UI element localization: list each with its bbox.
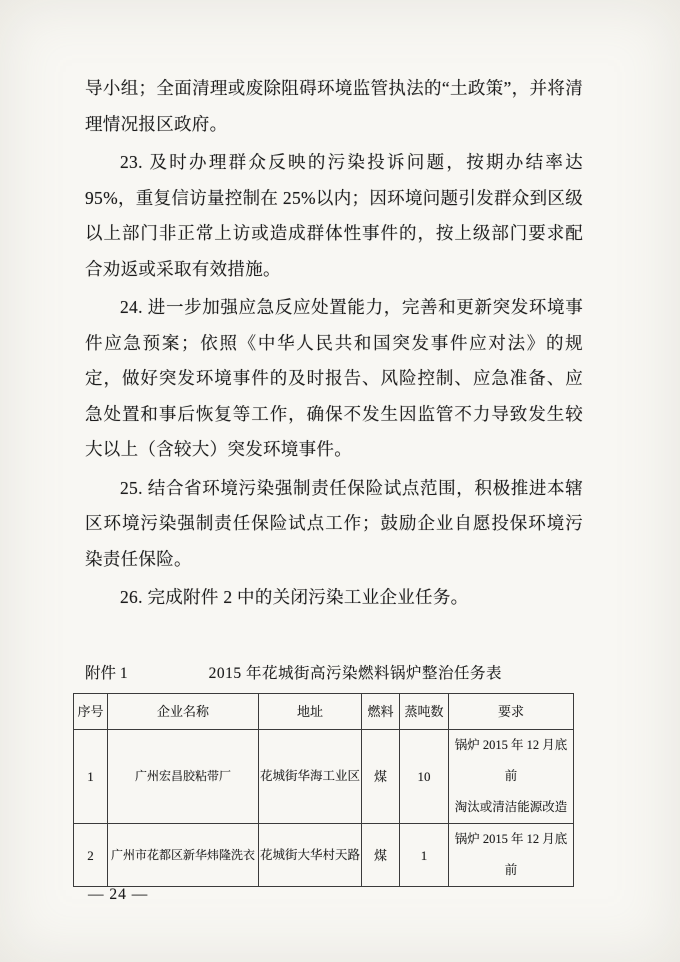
table-row-0: 1广州宏昌胶粘带厂花城街华海工业区煤10锅炉 2015 年 12 月底前 淘汰或… bbox=[74, 730, 574, 824]
table-header-row: 序号企业名称地址燃料蒸吨数要求 bbox=[74, 694, 574, 730]
table-cell-0-2: 花城街华海工业区 bbox=[259, 730, 362, 824]
header-cell-0: 序号 bbox=[74, 694, 108, 730]
attachment-caption: 附件 1 2015 年花城街高污染燃料锅炉整治任务表 bbox=[85, 661, 583, 683]
header-cell-4: 蒸吨数 bbox=[400, 694, 449, 730]
attachment-label: 附件 1 bbox=[85, 661, 128, 683]
table-cell-0-5: 锅炉 2015 年 12 月底前 淘汰或清洁能源改造 bbox=[449, 730, 574, 824]
paragraph-2: 24. 进一步加强应急反应处置能力，完善和更新突发环境事件应急预案；依照《中华人… bbox=[85, 290, 583, 468]
header-cell-5: 要求 bbox=[449, 694, 574, 730]
table-cell-1-1: 广州市花都区新华炜隆洗衣 bbox=[108, 824, 259, 887]
header-cell-2: 地址 bbox=[259, 694, 362, 730]
scanned-document-page: 导小组；全面清理或废除阻碍环境监管执法的“土政策”，并将清理情况报区政府。23.… bbox=[0, 0, 680, 962]
table-cell-1-3: 煤 bbox=[362, 824, 400, 887]
attachment-title: 2015 年花城街高污染燃料锅炉整治任务表 bbox=[128, 661, 583, 683]
header-cell-1: 企业名称 bbox=[108, 694, 259, 730]
table-body: 1广州宏昌胶粘带厂花城街华海工业区煤10锅炉 2015 年 12 月底前 淘汰或… bbox=[74, 730, 574, 887]
table-cell-1-4: 1 bbox=[400, 824, 449, 887]
table-cell-0-3: 煤 bbox=[362, 730, 400, 824]
table-cell-1-0: 2 bbox=[74, 824, 108, 887]
paragraph-4: 26. 完成附件 2 中的关闭污染工业企业任务。 bbox=[85, 580, 583, 616]
table-row-1: 2广州市花都区新华炜隆洗衣花城街大华村天路煤1锅炉 2015 年 12 月底前 bbox=[74, 824, 574, 887]
table-header: 序号企业名称地址燃料蒸吨数要求 bbox=[74, 694, 574, 730]
paragraph-0: 导小组；全面清理或废除阻碍环境监管执法的“土政策”，并将清理情况报区政府。 bbox=[85, 71, 583, 142]
table-cell-1-2: 花城街大华村天路 bbox=[259, 824, 362, 887]
paragraph-1: 23. 及时办理群众反映的污染投诉问题，按期办结率达 95%，重复信访量控制在 … bbox=[85, 145, 583, 287]
body-paragraphs: 导小组；全面清理或废除阻碍环境监管执法的“土政策”，并将清理情况报区政府。23.… bbox=[85, 71, 583, 616]
paragraph-3: 25. 结合省环境污染强制责任保险试点范围，积极推进本辖区环境污染强制责任保险试… bbox=[85, 471, 583, 578]
table-cell-0-1: 广州宏昌胶粘带厂 bbox=[108, 730, 259, 824]
table-cell-1-5: 锅炉 2015 年 12 月底前 bbox=[449, 824, 574, 887]
header-cell-3: 燃料 bbox=[362, 694, 400, 730]
page-number: — 24 — bbox=[88, 886, 148, 904]
table-cell-0-4: 10 bbox=[400, 730, 449, 824]
table-cell-0-0: 1 bbox=[74, 730, 108, 824]
boiler-remediation-table: 序号企业名称地址燃料蒸吨数要求 1广州宏昌胶粘带厂花城街华海工业区煤10锅炉 2… bbox=[73, 693, 574, 887]
